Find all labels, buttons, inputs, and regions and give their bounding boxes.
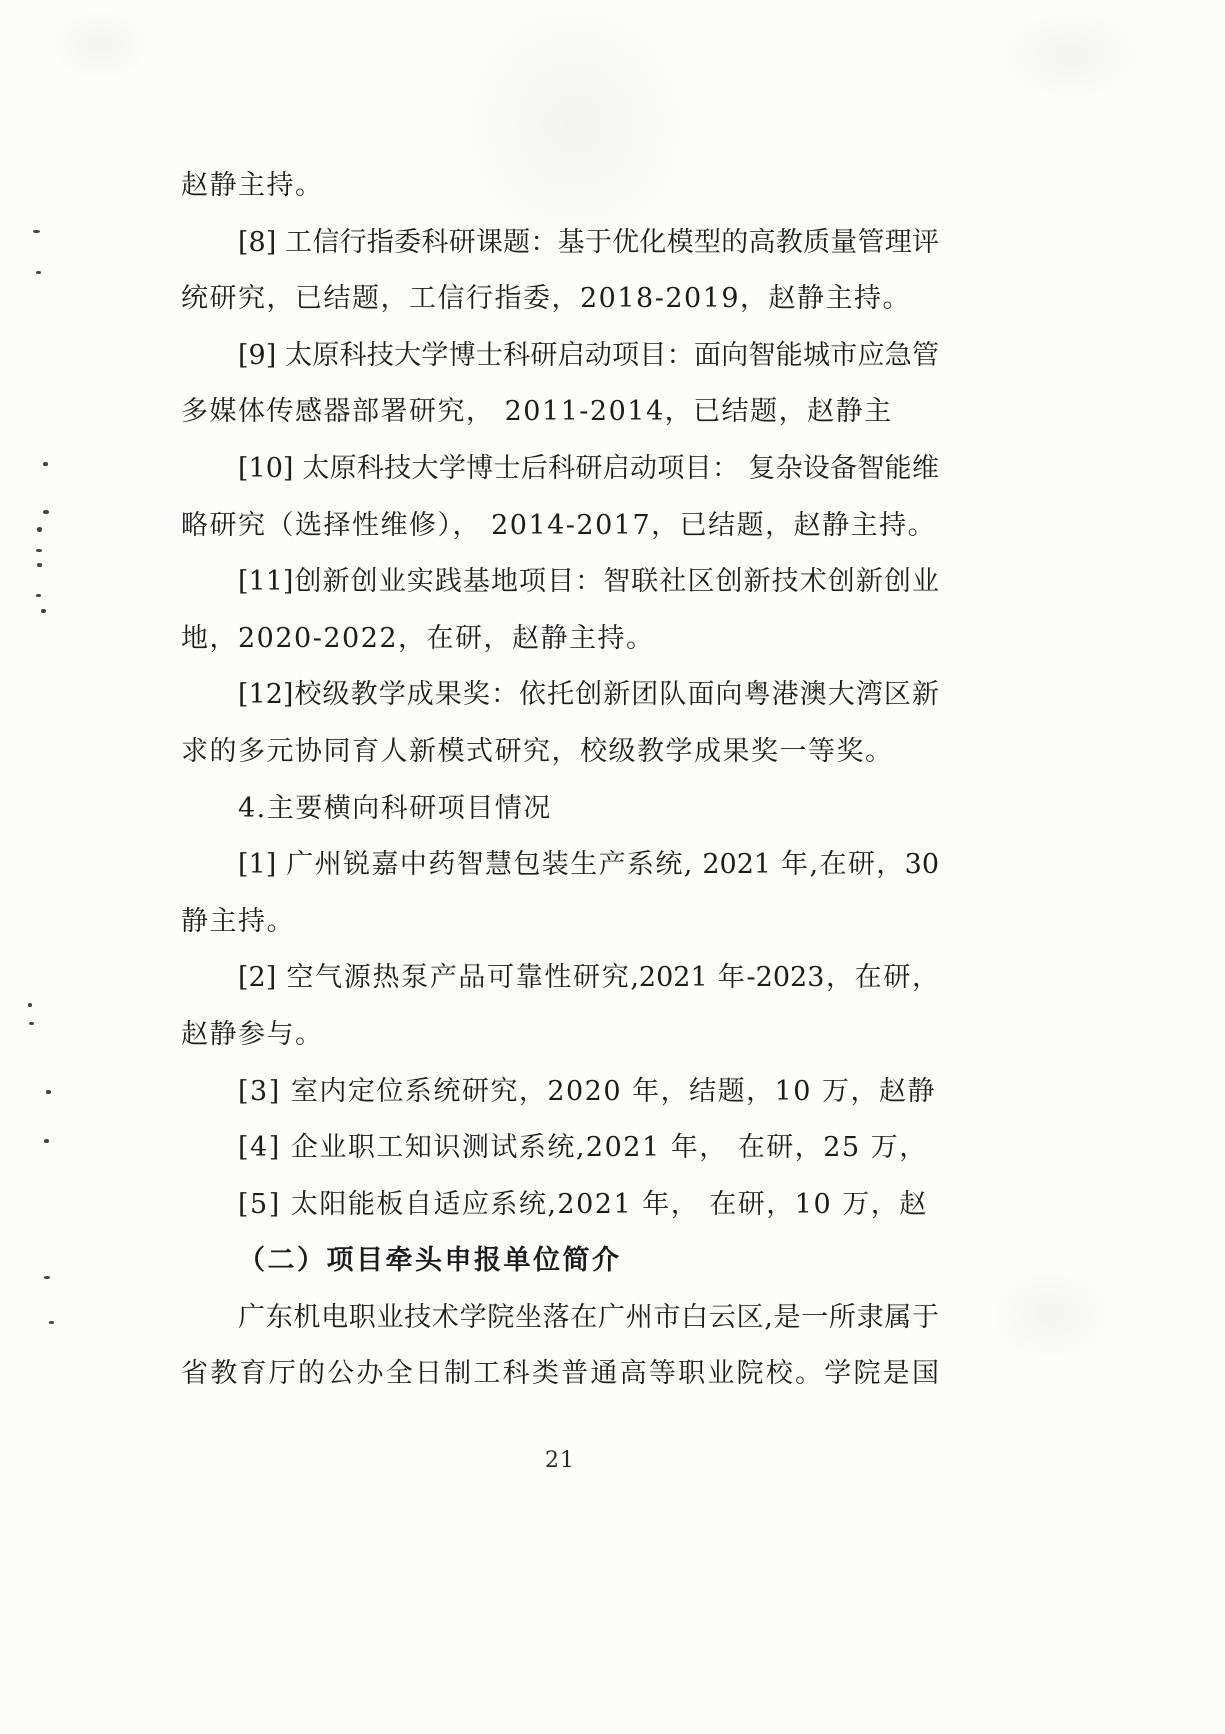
text-column: 赵静主持。 [8] 工信行指委科研课题：基于优化模型的高教质量管理评教系 统研究…: [181, 158, 939, 1403]
text-line: [10] 太原科技大学博士后科研启动项目： 复杂设备智能维护策: [181, 441, 939, 498]
ink-speck: [37, 527, 42, 532]
scan-smudge: [50, 10, 150, 80]
text-line: 赵静主持。: [181, 158, 939, 215]
ink-speck: [46, 1090, 51, 1094]
ink-speck: [49, 1321, 54, 1324]
document-page: 赵静主持。 [8] 工信行指委科研课题：基于优化模型的高教质量管理评教系 统研究…: [0, 0, 1225, 1734]
text-line: 静主持。: [181, 894, 939, 951]
text-line: [8] 工信行指委科研课题：基于优化模型的高教质量管理评教系: [181, 215, 939, 272]
text-line: 多媒体传感器部署研究， 2011-2014，已结题，赵静主持。: [181, 384, 939, 441]
text-line: [2] 空气源热泵产品可靠性研究,2021 年-2023，在研，16 万，: [181, 950, 939, 1007]
text-line: 略研究（选择性维修）， 2014-2017，已结题，赵静主持。: [181, 498, 939, 555]
scan-smudge: [1000, 10, 1140, 100]
text-line: [1] 广州锐嘉中药智慧包装生产系统, 2021 年,在研，30 万，赵: [181, 837, 939, 894]
ink-speck: [41, 609, 46, 613]
text-line: 赵静参与。: [181, 1007, 939, 1064]
text-line: [4] 企业职工知识测试系统,2021 年， 在研，25 万，赵静参与。: [181, 1120, 939, 1177]
ink-speck: [33, 230, 40, 233]
text-line: [9] 太原科技大学博士科研启动项目：面向智能城市应急管理的: [181, 328, 939, 385]
text-line: 省教育厅的公办全日制工科类普通高等职业院校。学院是国家“双高”: [181, 1346, 939, 1403]
ink-speck: [43, 462, 48, 466]
ink-speck: [43, 510, 49, 514]
text-line: 地，2020-2022，在研，赵静主持。: [181, 611, 939, 668]
text-line: [12]校级教学成果奖：依托创新团队面向粤港澳大湾区新人才需: [181, 667, 939, 724]
ink-speck: [44, 1276, 50, 1279]
scan-smudge: [990, 1270, 1110, 1360]
ink-speck: [36, 594, 41, 597]
section-heading: （二）项目牵头申报单位简介: [181, 1233, 939, 1290]
page-number: 21: [181, 1448, 939, 1473]
text-line: 统研究，已结题，工信行指委，2018-2019，赵静主持。: [181, 271, 939, 328]
text-line: [5] 太阳能板自适应系统,2021 年， 在研，10 万，赵静参与。: [181, 1177, 939, 1234]
ink-speck: [28, 1003, 32, 1007]
text-line: 广东机电职业技术学院坐落在广州市白云区,是一所隶属于广东: [181, 1290, 939, 1347]
ink-speck: [37, 563, 42, 567]
ink-speck: [44, 1139, 49, 1143]
text-line: 求的多元协同育人新模式研究，校级教学成果奖一等奖。: [181, 724, 939, 781]
text-line: [3] 室内定位系统研究，2020 年，结题，10 万，赵静参与。: [181, 1064, 939, 1121]
list-heading: 4.主要横向科研项目情况: [181, 781, 939, 838]
ink-speck: [36, 271, 41, 274]
text-line: [11]创新创业实践基地项目：智联社区创新技术创新创业孵化基: [181, 554, 939, 611]
ink-speck: [29, 1022, 34, 1025]
ink-speck: [36, 549, 42, 552]
